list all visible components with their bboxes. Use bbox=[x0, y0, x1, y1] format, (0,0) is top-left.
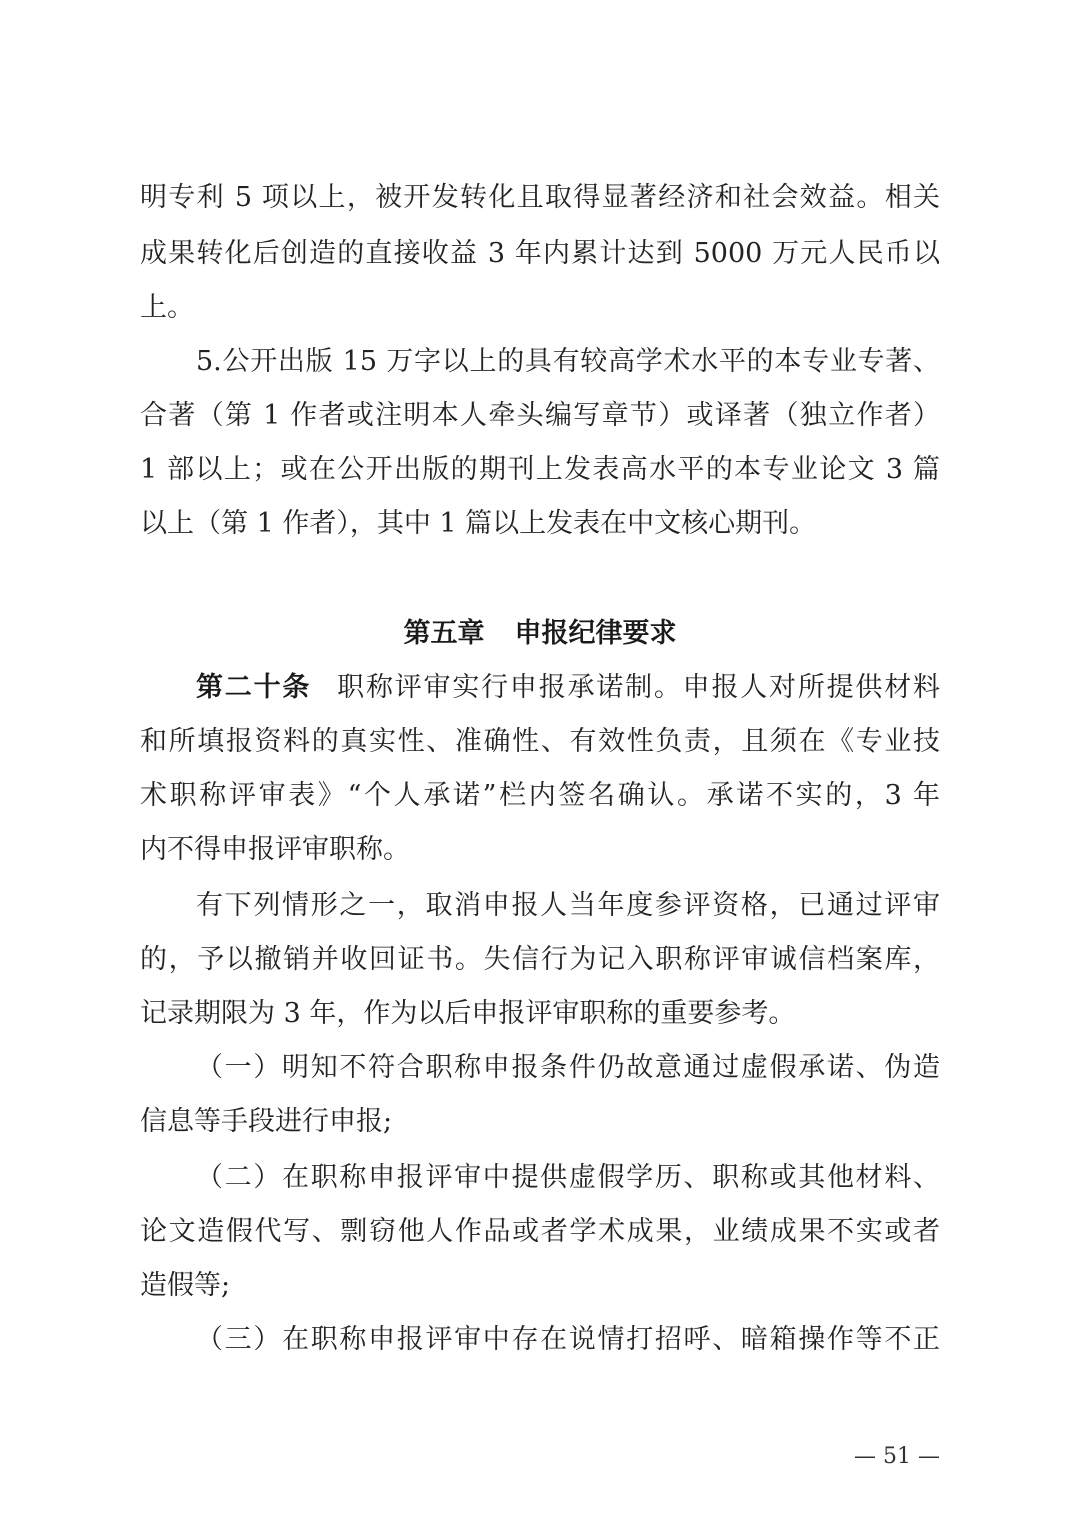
case-3-line: （三）在职称申报评审中存在说情打招呼、暗箱操作等不正 bbox=[196, 1320, 940, 1360]
article-20-line: 和所填报资料的真实性、准确性、有效性负责，且须在《专业技 bbox=[140, 722, 940, 762]
page-number: — 51 — bbox=[840, 1442, 940, 1472]
chapter-heading: 第五章申报纪律要求 bbox=[0, 614, 1080, 654]
cases-paragraph-line: 记录期限为 3 年，作为以后申报评审职称的重要参考。 bbox=[140, 994, 940, 1034]
case-1-line: 信息等手段进行申报; bbox=[140, 1102, 940, 1142]
article-label: 第二十条 bbox=[196, 672, 311, 703]
item-5-line: 5.公开出版 15 万字以上的具有较高学术水平的本专业专著、 bbox=[196, 342, 940, 382]
case-2-line: 论文造假代写、剽窃他人作品或者学术成果，业绩成果不实或者 bbox=[140, 1212, 940, 1252]
case-2-line: 造假等; bbox=[140, 1266, 940, 1306]
chapter-title: 申报纪律要求 bbox=[515, 618, 677, 649]
case-1-line: （一）明知不符合职称申报条件仍故意通过虚假承诺、伪造 bbox=[196, 1048, 940, 1088]
article-20-line: 内不得申报评审职称。 bbox=[140, 830, 940, 870]
article-20-first-line: 第二十条职称评审实行申报承诺制。申报人对所提供材料 bbox=[196, 668, 940, 708]
item-5-line: 合著（第 1 作者或注明本人牵头编写章节）或译著（独立作者） bbox=[140, 396, 940, 436]
chapter-number: 第五章 bbox=[404, 618, 485, 649]
article-20-text: 职称评审实行申报承诺制。申报人对所提供材料 bbox=[337, 672, 940, 703]
case-2-line: （二）在职称申报评审中提供虚假学历、职称或其他材料、 bbox=[196, 1158, 940, 1198]
cases-paragraph-line: 的，予以撤销并收回证书。失信行为记入职称评审诚信档案库， bbox=[140, 940, 940, 980]
body-text-line: 上。 bbox=[140, 288, 940, 328]
item-5-line: 1 部以上；或在公开出版的期刊上发表高水平的本专业论文 3 篇 bbox=[140, 450, 940, 490]
cases-paragraph-line: 有下列情形之一，取消申报人当年度参评资格，已通过评审 bbox=[196, 886, 940, 926]
body-text-line: 明专利 5 项以上，被开发转化且取得显著经济和社会效益。相关 bbox=[140, 178, 940, 218]
item-5-line: 以上（第 1 作者），其中 1 篇以上发表在中文核心期刊。 bbox=[140, 504, 940, 544]
article-20-line: 术职称评审表》“个人承诺”栏内签名确认。承诺不实的，3 年 bbox=[140, 776, 940, 816]
body-text-line: 成果转化后创造的直接收益 3 年内累计达到 5000 万元人民币以 bbox=[140, 234, 940, 274]
document-page: 明专利 5 项以上，被开发转化且取得显著经济和社会效益。相关 成果转化后创造的直… bbox=[0, 0, 1080, 1527]
